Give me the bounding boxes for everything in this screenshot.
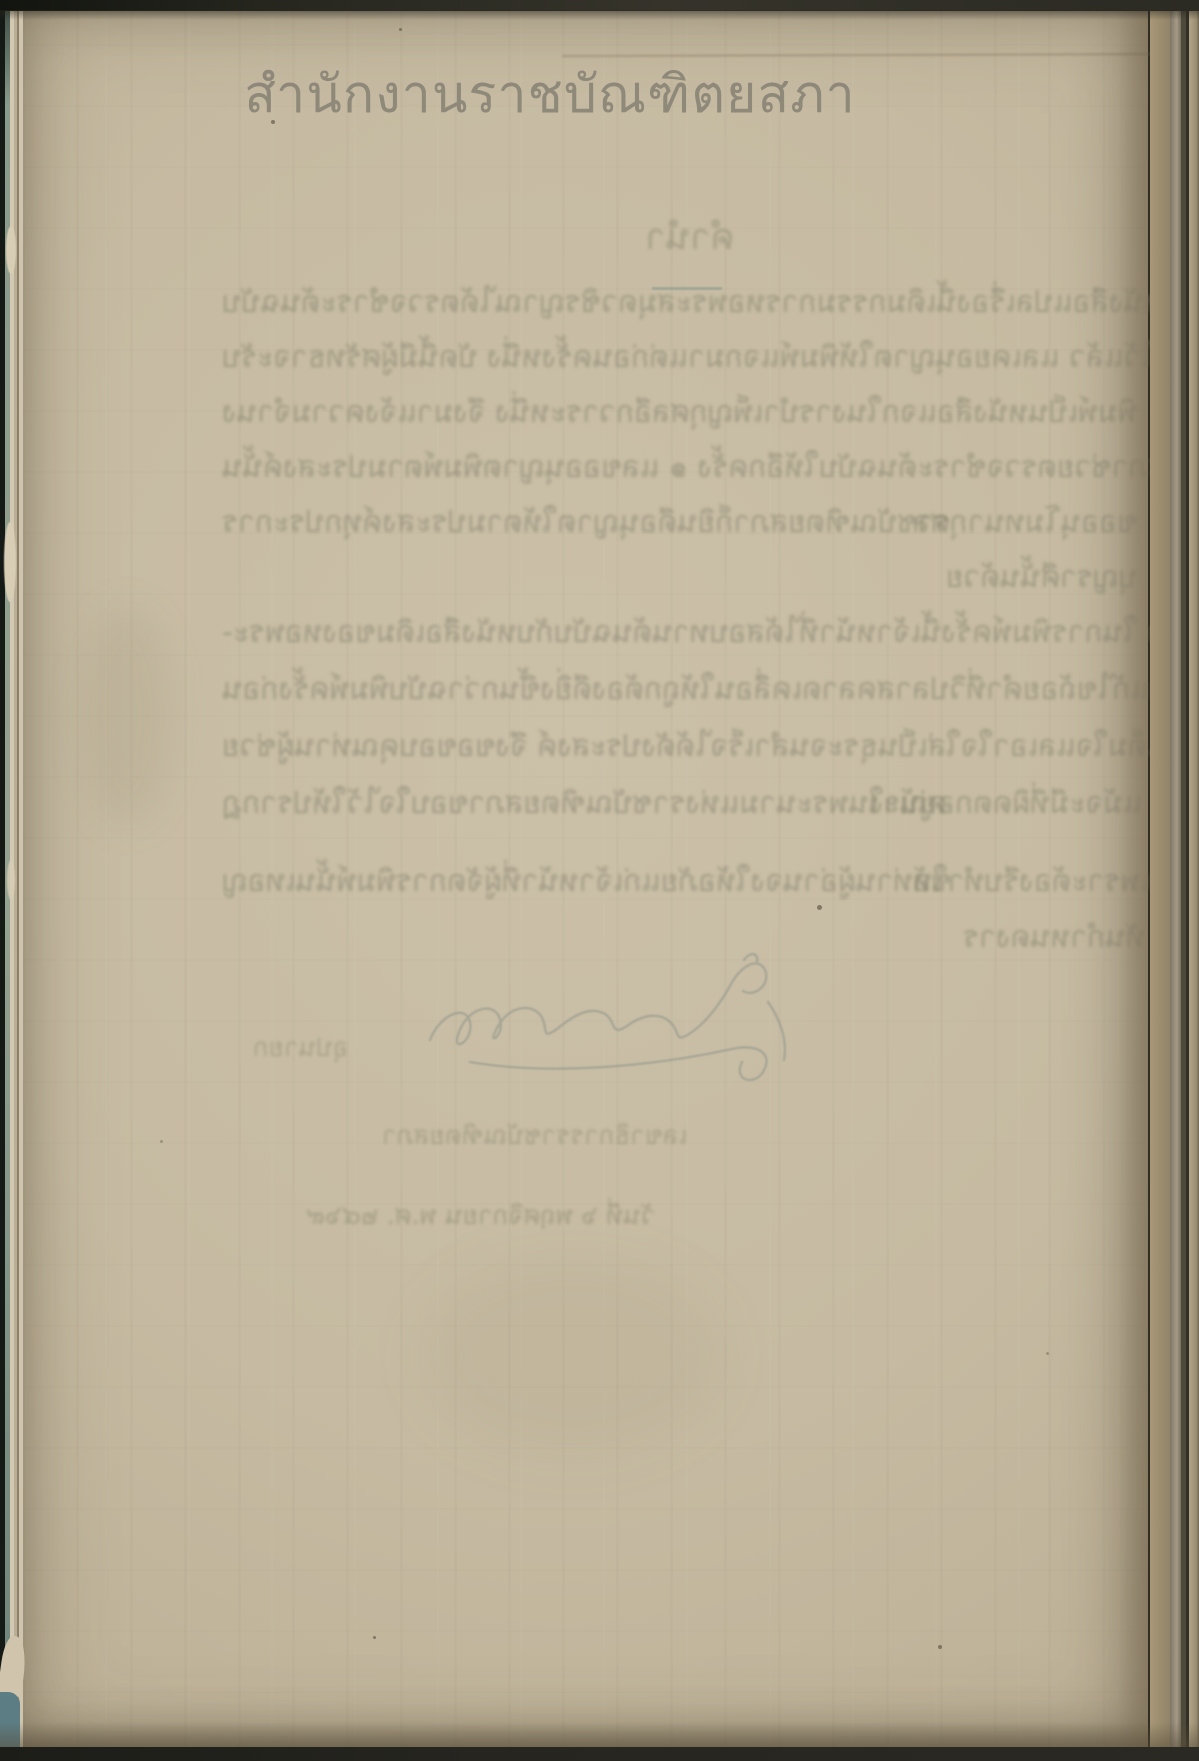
paper-stain <box>422 1256 722 1456</box>
page-stack-edge <box>19 0 23 1761</box>
showthrough-line: หนังสือแปลเรื่องนี้เดิมกรรมการหอพระสมุดว… <box>222 283 1164 323</box>
showthrough-line: เพราะต้องรีบทำให้ <box>913 862 1150 902</box>
page-curvature-shade <box>1118 0 1152 1761</box>
foxing-speck <box>373 1636 376 1639</box>
torn-edge <box>7 860 15 900</box>
showthrough-line: อนึ่ง ในการพิมพ์ครั้งนี้เจ้าหน้าที่ได้สอ… <box>222 613 1199 653</box>
showthrough-line: แม้จะมีที่ผิดตกอยู่บ้าง <box>869 784 1142 824</box>
foxing-speck <box>160 1140 163 1143</box>
torn-edge <box>4 522 16 602</box>
showthrough-line: สภาช่วยตรวจชำระต้นฉบับให้อีกครั้ง ๑ แลขอ… <box>222 448 1167 488</box>
foxing-speck <box>817 905 822 910</box>
showthrough-title-line: เลขาธิการราชบัณฑิตยสภา <box>382 1116 688 1156</box>
scan-edge-top-shadow <box>0 10 1199 20</box>
showthrough-line: ขออนุโมทนากุศล <box>912 503 1138 543</box>
foxing-speck <box>938 1645 942 1649</box>
scan-edge-bottom-shadow <box>0 1722 1199 1748</box>
paper-stain <box>82 606 172 826</box>
showthrough-heading: คำนำ <box>640 218 740 258</box>
showthrough-line: ไว้แล้ว แลเคยอนุญาตให้พิมพ์แจกมาแต่ก่อนค… <box>222 338 1156 378</box>
scanned-book-page: คำนำ หนังสือแปลเรื่องนี้เดิมกรรมการหอพระ… <box>0 0 1199 1761</box>
foxing-speck <box>1046 1352 1049 1355</box>
scan-edge-bottom <box>0 1747 1199 1761</box>
showthrough-line: สมุดแก้ไขถ้อยคำที่วิปลาสคลาดเคลื่อนให้ถู… <box>222 670 1199 710</box>
royal-society-watermark: สำนักงานราชบัณฑิตยสภา <box>0 52 1100 135</box>
next-page-edge <box>1189 0 1199 1761</box>
showthrough-line: ราชบัณฑิตยสภาก็ยินดีอนุญาตให้ตามประสงค์ท… <box>222 503 950 543</box>
showthrough-line: ขอท่านผู้อ่านจงให้อภัยแก่เจ้าหน้าที่ผู้จ… <box>222 862 951 902</box>
foxing-speck <box>399 28 402 31</box>
handwritten-signature <box>412 942 812 1117</box>
showthrough-signoff-label: อุปนายก <box>253 1028 348 1068</box>
showthrough-line: โดยเต็มใจแลเอาใจใส่เป็นธุระจนสำเร็จได้ดั… <box>222 727 1199 767</box>
showthrough-date-line: วันที่ ๖ พฤศจิกายน พ.ศ. ๒๔๖๙ <box>306 1196 656 1236</box>
showthrough-line: บุญราศีนั้นด้วย <box>946 558 1138 598</box>
showthrough-line: คณะในพระนามแห่งราชบัณฑิตยสภาขอบใจไว้ให้ป… <box>222 784 948 824</box>
torn-edge <box>6 226 16 274</box>
page-curvature-shade <box>1150 0 1172 1761</box>
showthrough-line: พิมพ์เป็นหนังสือแจกในงารบำเพ็ญกุศลอีกวาร… <box>222 393 1137 433</box>
